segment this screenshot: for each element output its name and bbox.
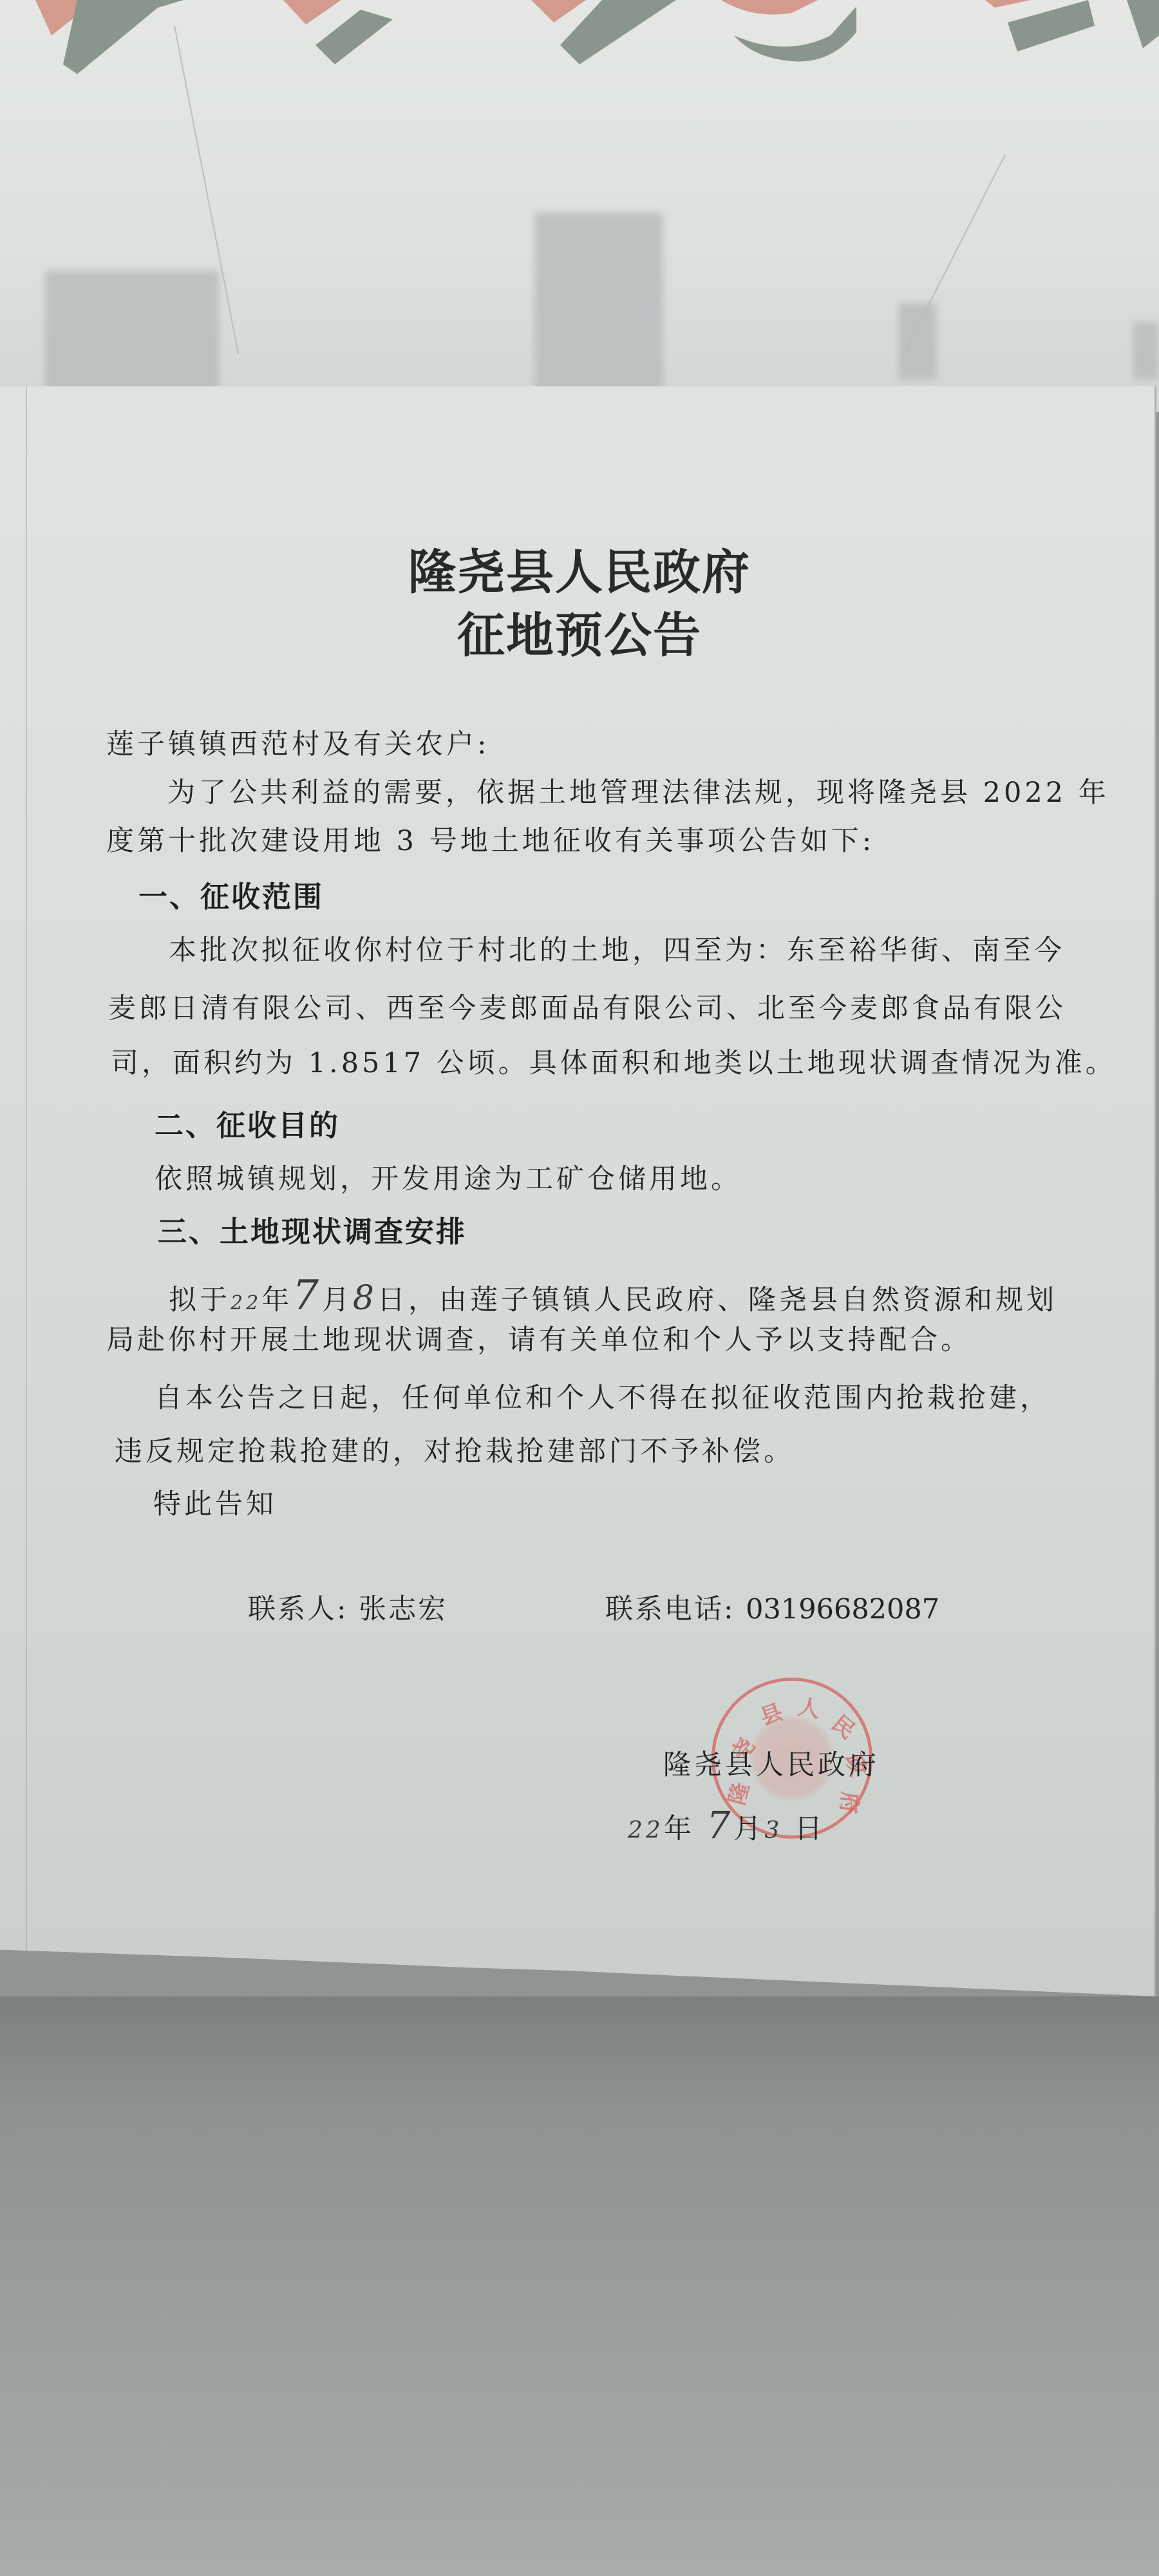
- contact-phone-number: 03196682087: [746, 1593, 939, 1625]
- year-suffix: 年: [664, 1813, 695, 1845]
- section-purpose-line: 依照城镇规划，开发用途为工矿仓储用地。: [155, 1166, 742, 1193]
- tree-shadow: [534, 213, 663, 393]
- handwritten-day: 3: [764, 1817, 782, 1844]
- handwritten-month: 7: [292, 1272, 322, 1320]
- seal-char: 人: [796, 1689, 823, 1723]
- contact-person: 联系人: 张志宏: [248, 1596, 448, 1624]
- day-suffix: 日: [795, 1813, 825, 1845]
- day-suffix: 日，由莲子镇镇人民政府、隆尧县自然资源和规划: [377, 1284, 1057, 1316]
- tree-shadow: [1133, 322, 1159, 380]
- section-scope-line: 麦郎日清有限公司、西至今麦郎面品有限公司、北至今麦郎食品有限公: [108, 995, 1066, 1023]
- contact-person-label: 联系人:: [248, 1593, 348, 1625]
- seal-char: 民: [826, 1707, 863, 1745]
- handwritten-year: 22: [231, 1292, 261, 1314]
- prohibition-line: 自本公告之日起，任何单位和个人不得在拟征收范围内抢栽抢建，: [155, 1385, 1051, 1412]
- prohibition-line: 违反规定抢栽抢建的，对抢栽抢建部门不予补偿。: [115, 1438, 795, 1466]
- month-suffix: 月: [733, 1813, 764, 1845]
- contact-person-name: 张志宏: [359, 1593, 448, 1625]
- issuer-signature: 隆尧县人民政府: [663, 1752, 880, 1779]
- section-heading-scope: 一、征收范围: [138, 882, 324, 911]
- intro-line: 为了公共利益的需要，依据土地管理法律法规，现将隆尧县 2022 年: [167, 779, 1109, 807]
- section-heading-purpose: 二、征收目的: [155, 1111, 340, 1140]
- wall-background: [0, 1996, 1159, 2576]
- section-scope-line: 司，面积约为 1.8517 公顷。具体面积和地类以土地现状调查情况为准。: [111, 1050, 1117, 1077]
- handwritten-day: 8: [353, 1279, 377, 1318]
- section-heading-survey: 三、土地现状调查安排: [158, 1217, 467, 1246]
- survey-schedule-line: 拟于22年7月8日，由莲子镇镇人民政府、隆尧县自然资源和规划: [169, 1275, 1057, 1316]
- notice-title-issuer: 隆尧县人民政府: [0, 535, 1159, 603]
- section-survey-line: 局赴你村开展土地现状调查，请有关单位和个人予以支持配合。: [106, 1327, 972, 1354]
- background-poster: [0, 0, 1159, 412]
- closing-text: 特此告知: [153, 1491, 277, 1519]
- handwritten-month: 7: [706, 1803, 733, 1847]
- addressee: 莲子镇镇西范村及有关农户:: [106, 731, 490, 759]
- survey-prefix: 拟于: [169, 1284, 231, 1316]
- year-suffix: 年: [261, 1284, 292, 1316]
- contact-phone-label: 联系电话:: [605, 1593, 735, 1625]
- signature-date: 22年 7月3 日: [628, 1806, 825, 1844]
- contact-phone: 联系电话: 03196682087: [605, 1596, 939, 1624]
- tree-shadow: [45, 270, 219, 393]
- intro-line: 度第十批次建设用地 3 号地土地征收有关事项公告如下:: [106, 828, 874, 855]
- section-scope-line: 本批次拟征收你村位于村北的土地，四至为：东至裕华街、南至今: [169, 937, 1065, 965]
- seal-char: 府: [834, 1790, 868, 1815]
- handwritten-year: 22: [628, 1817, 664, 1844]
- month-suffix: 月: [322, 1284, 353, 1316]
- notice-title: 征地预公告: [0, 598, 1159, 666]
- tree-shadow: [898, 303, 937, 380]
